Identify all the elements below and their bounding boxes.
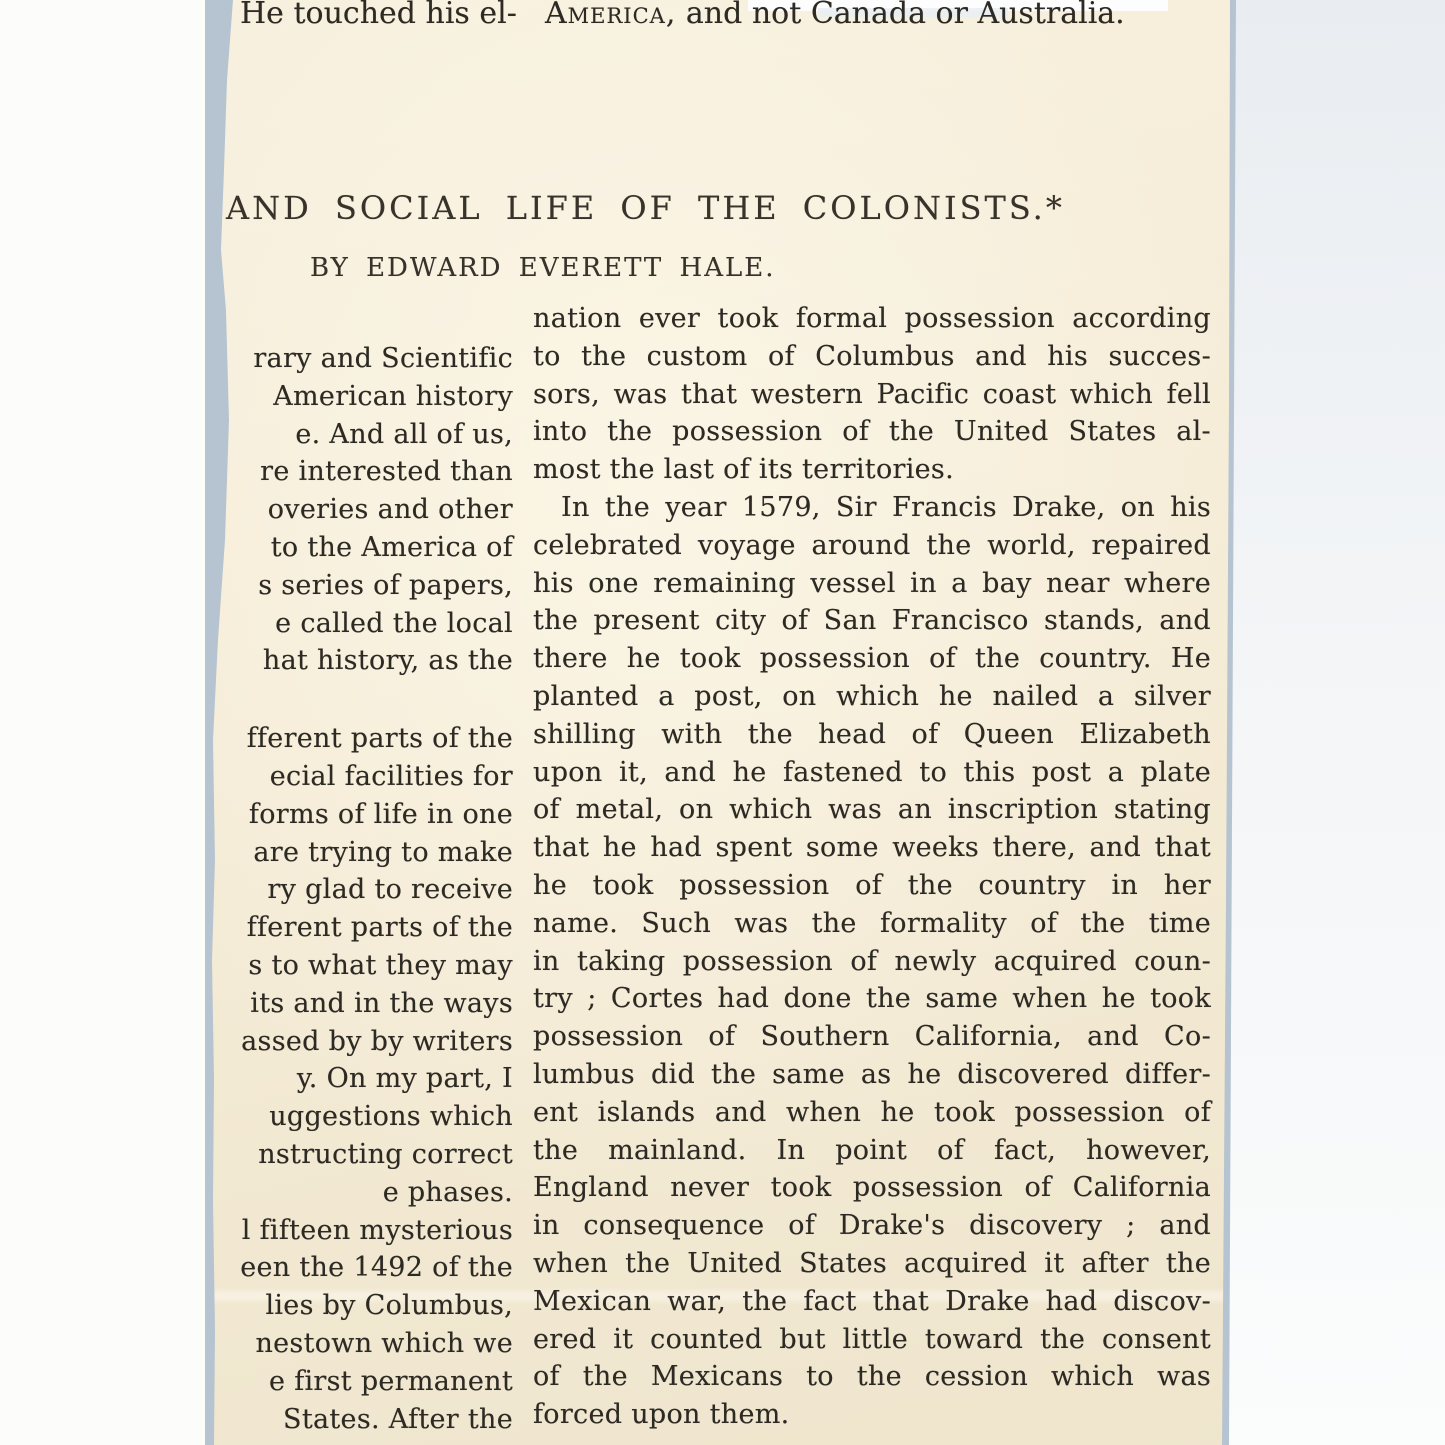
text-line: ecial facilities for <box>212 758 513 796</box>
right-column: nation ever took formal possession accor… <box>533 300 1211 1434</box>
text-line: in taking possession of newly acquired c… <box>533 943 1211 981</box>
text-line: nestown which we <box>212 1325 513 1363</box>
text-line: rary and Scientific <box>212 340 513 378</box>
cutoff-line-right-rest: and not Canada or Australia. <box>676 0 1124 31</box>
text-line: forced upon them. <box>533 1396 1211 1434</box>
text-line: forms of life in one <box>212 796 513 834</box>
text-line: American history <box>212 378 513 416</box>
text-line: uggestions which <box>212 1098 513 1136</box>
text-line: e. And all of us, <box>212 416 513 454</box>
text-line: the present city of San Francisco stands… <box>533 602 1211 640</box>
text-line: that he had spent some weeks there, and … <box>533 829 1211 867</box>
text-line: s series of papers, <box>212 567 513 605</box>
text-line: re interested than <box>212 453 513 491</box>
article-title: AND SOCIAL LIFE OF THE COLONISTS.* <box>226 188 1065 228</box>
text-line: l fifteen mysterious <box>212 1212 513 1250</box>
text-line: y. On my part, I <box>212 1060 513 1098</box>
left-column: rary and ScientificAmerican historye. An… <box>212 340 513 1438</box>
text-line: there he took possession of the country.… <box>533 640 1211 678</box>
text-line: planted a post, on which he nailed a sil… <box>533 678 1211 716</box>
text-line: when the United States acquired it after… <box>533 1245 1211 1283</box>
text-line: into the possession of the United States… <box>533 413 1211 451</box>
text-line: in consequence of Drake's discovery ; an… <box>533 1207 1211 1245</box>
text-line: of metal, on which was an inscription st… <box>533 791 1211 829</box>
text-line: In the year 1579, Sir Francis Drake, on … <box>533 489 1211 527</box>
cutoff-line-right-fragment: America, and not Canada or Australia. <box>545 0 1125 34</box>
text-line: shilling with the head of Queen Elizabet… <box>533 716 1211 754</box>
text-line: to the custom of Columbus and his succes… <box>533 338 1211 376</box>
text-line: nstructing correct <box>212 1136 513 1174</box>
text-line: celebrated voyage around the world, repa… <box>533 527 1211 565</box>
text-line: s to what they may <box>212 947 513 985</box>
text-line: sors, was that western Pacific coast whi… <box>533 376 1211 414</box>
text-line: fferent parts of the <box>212 909 513 947</box>
text-line: his one remaining vessel in a bay near w… <box>533 565 1211 603</box>
article-byline: BY EDWARD EVERETT HALE. <box>310 251 775 285</box>
scanner-bed-left <box>0 0 207 1445</box>
text-line: nation ever took formal possession accor… <box>533 300 1211 338</box>
text-line: try ; Cortes had done the same when he t… <box>533 980 1211 1018</box>
text-line: een the 1492 of the <box>212 1249 513 1287</box>
text-line: name. Such was the formality of the time <box>533 905 1211 943</box>
text-line: the mainland. In point of fact, however, <box>533 1132 1211 1170</box>
text-line: Mexican war, the fact that Drake had dis… <box>533 1283 1211 1321</box>
cutoff-line-left-fragment: He touched his el- <box>240 0 517 34</box>
text-line: possession of Southern California, and C… <box>533 1018 1211 1056</box>
text-line: its and in the ways <box>212 985 513 1023</box>
text-line: lies by Columbus, <box>212 1287 513 1325</box>
text-line: ry glad to receive <box>212 871 513 909</box>
text-line: ent islands and when he took possession … <box>533 1094 1211 1132</box>
text-line: upon it, and he fastened to this post a … <box>533 754 1211 792</box>
text-line: most the last of its territories. <box>533 451 1211 489</box>
text-line: to the America of <box>212 529 513 567</box>
text-line: he took possession of the country in her <box>533 867 1211 905</box>
text-line: e phases. <box>212 1174 513 1212</box>
text-line: ered it counted but little toward the co… <box>533 1321 1211 1359</box>
text-line: lumbus did the same as he discovered dif… <box>533 1056 1211 1094</box>
text-line: of the Mexicans to the cession which was <box>533 1358 1211 1396</box>
text-line: e called the local <box>212 605 513 643</box>
smallcaps-word-america: America, <box>545 0 676 31</box>
text-line: e first permanent <box>212 1363 513 1401</box>
scanned-clipping-image: He touched his el- America, and not Cana… <box>0 0 1445 1445</box>
text-line: assed by by writers <box>212 1023 513 1061</box>
text-line: are trying to make <box>212 834 513 872</box>
text-line: overies and other <box>212 491 513 529</box>
text-line: England never took possession of Califor… <box>533 1169 1211 1207</box>
text-line: fferent parts of the <box>212 720 513 758</box>
text-line: States. After the <box>212 1401 513 1439</box>
text-line: hat history, as the <box>212 642 513 680</box>
